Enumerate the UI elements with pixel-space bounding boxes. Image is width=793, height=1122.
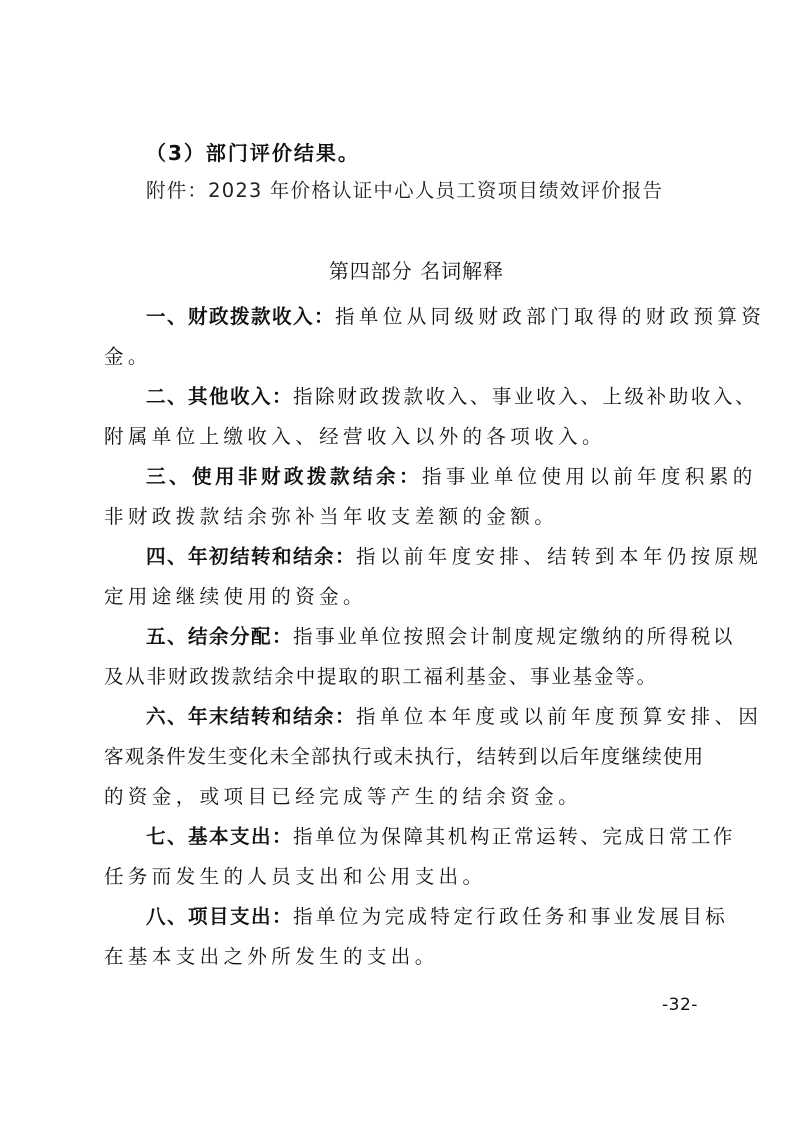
section-title: 第四部分 名词解释 (0, 258, 793, 284)
definition-1-line-2: 金。 (104, 344, 704, 370)
definition-term: 七、基本支出： (146, 825, 293, 848)
definition-text: 指单位为完成特定行政任务和事业发展目标 (293, 905, 728, 928)
definition-6-line-3: 的资金，或项目已经完成等产生的结余资金。 (104, 784, 704, 810)
definition-text: 指事业单位按照会计制度规定缴纳的所得税以 (293, 625, 735, 648)
definition-text: 指单位为保障其机构正常运转、完成日常工作 (293, 825, 735, 848)
definition-4-line-2: 定用途继续使用的资金。 (104, 584, 704, 610)
page-number: -32- (662, 995, 698, 1015)
definition-3-line-2: 非财政拨款结余弥补当年收支差额的金额。 (104, 504, 704, 530)
definition-3-line-1: 三、使用非财政拨款结余：指事业单位使用以前年度积累的 (146, 464, 746, 490)
definition-1-line-1: 一、财政拨款收入：指单位从同级财政部门取得的财政预算资 (146, 304, 746, 330)
definition-5-line-1: 五、结余分配：指事业单位按照会计制度规定缴纳的所得税以 (146, 624, 746, 650)
definition-8-line-2: 在基本支出之外所发生的支出。 (104, 944, 704, 970)
definition-term: 八、项目支出： (146, 905, 293, 928)
definition-7-line-2: 任务而发生的人员支出和公用支出。 (104, 864, 704, 890)
definition-7-line-1: 七、基本支出：指单位为保障其机构正常运转、完成日常工作 (146, 824, 746, 850)
definition-5-line-2: 及从非财政拨款结余中提取的职工福利基金、事业基金等。 (104, 664, 704, 690)
definition-text: 指事业单位使用以前年度积累的 (422, 465, 757, 488)
definition-term: 一、财政拨款收入： (146, 305, 335, 328)
definition-text: 指单位本年度或以前年度预算安排、因 (356, 705, 762, 728)
definition-6-line-1: 六、年末结转和结余：指单位本年度或以前年度预算安排、因 (146, 704, 746, 730)
evaluation-result-heading: （3）部门评价结果。 (146, 140, 360, 166)
attachment-line: 附件：2023 年价格认证中心人员工资项目绩效评价报告 (146, 178, 663, 204)
definition-text: 指单位从同级财政部门取得的财政预算资 (335, 305, 765, 328)
definition-term: 二、其他收入： (146, 385, 293, 408)
definition-4-line-1: 四、年初结转和结余：指以前年度安排、结转到本年仍按原规 (146, 544, 746, 570)
definition-term: 六、年末结转和结余： (146, 705, 356, 728)
definition-6-line-2: 客观条件发生变化未全部执行或未执行，结转到以后年度继续使用 (104, 744, 704, 770)
definition-term: 五、结余分配： (146, 625, 293, 648)
definition-8-line-1: 八、项目支出：指单位为完成特定行政任务和事业发展目标 (146, 904, 746, 930)
definition-term: 三、使用非财政拨款结余： (146, 465, 422, 488)
definition-text: 指除财政拨款收入、事业收入、上级补助收入、 (293, 385, 757, 408)
definition-2-line-1: 二、其他收入：指除财政拨款收入、事业收入、上级补助收入、 (146, 384, 746, 410)
document-page: （3）部门评价结果。 附件：2023 年价格认证中心人员工资项目绩效评价报告 第… (0, 0, 793, 1122)
definition-text: 指以前年度安排、结转到本年仍按原规 (356, 545, 762, 568)
definition-2-line-2: 附属单位上缴收入、经营收入以外的各项收入。 (104, 424, 704, 450)
definition-term: 四、年初结转和结余： (146, 545, 356, 568)
